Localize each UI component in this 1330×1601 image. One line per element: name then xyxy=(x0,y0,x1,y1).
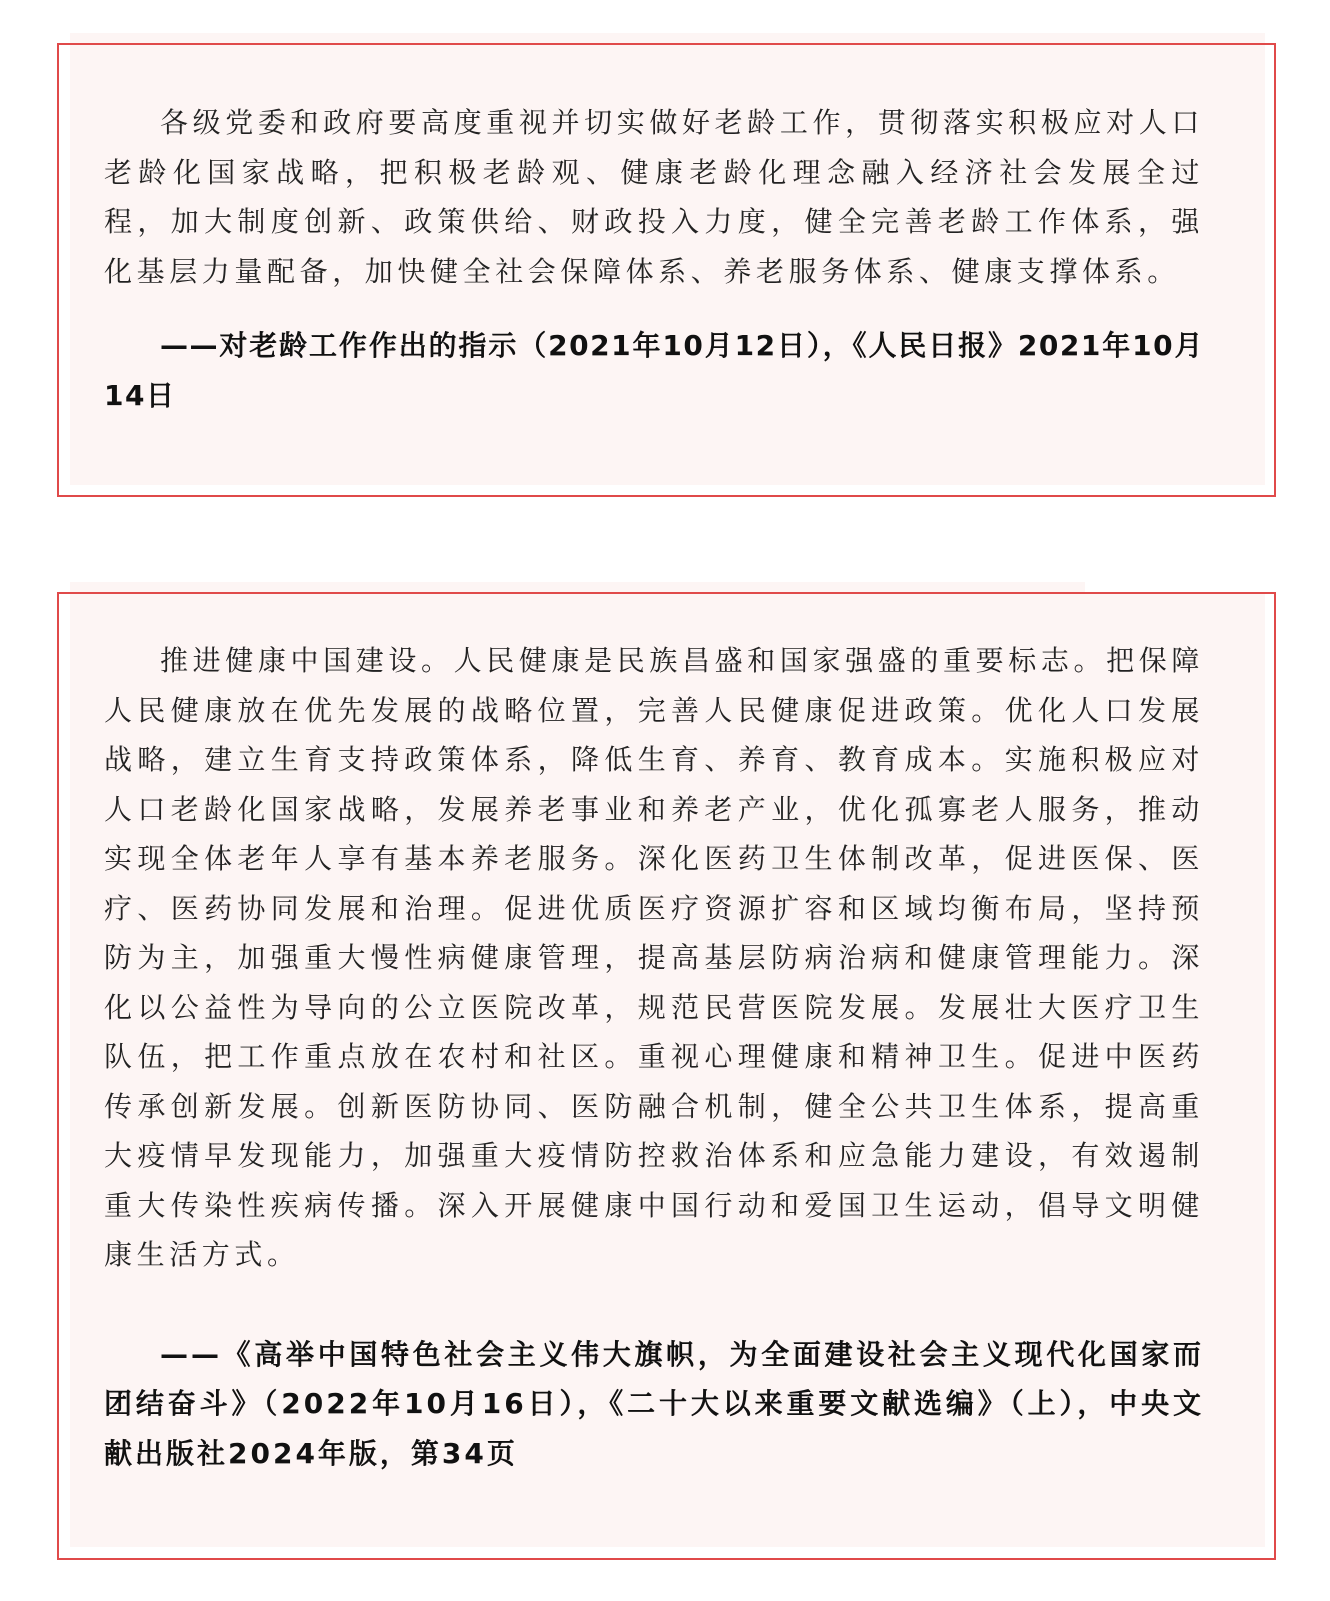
quote-citation-2: ——《高举中国特色社会主义伟大旗帜，为全面建设社会主义现代化国家而团结奋斗》（2… xyxy=(104,1330,1204,1479)
quote-body-2: 推进健康中国建设。人民健康是民族昌盛和国家强盛的重要标志。把保障人民健康放在优先… xyxy=(104,636,1204,1280)
quote-panel-2: 推进健康中国建设。人民健康是民族昌盛和国家强盛的重要标志。把保障人民健康放在优先… xyxy=(104,636,1204,1478)
quote-panel-1: 各级党委和政府要高度重视并切实做好老龄工作，贯彻落实积极应对人口老龄化国家战略，… xyxy=(104,98,1204,420)
quote-citation-1: ——对老龄工作作出的指示（2021年10月12日），《人民日报》2021年10月… xyxy=(104,321,1204,420)
quote-body-1: 各级党委和政府要高度重视并切实做好老龄工作，贯彻落实积极应对人口老龄化国家战略，… xyxy=(104,98,1204,296)
